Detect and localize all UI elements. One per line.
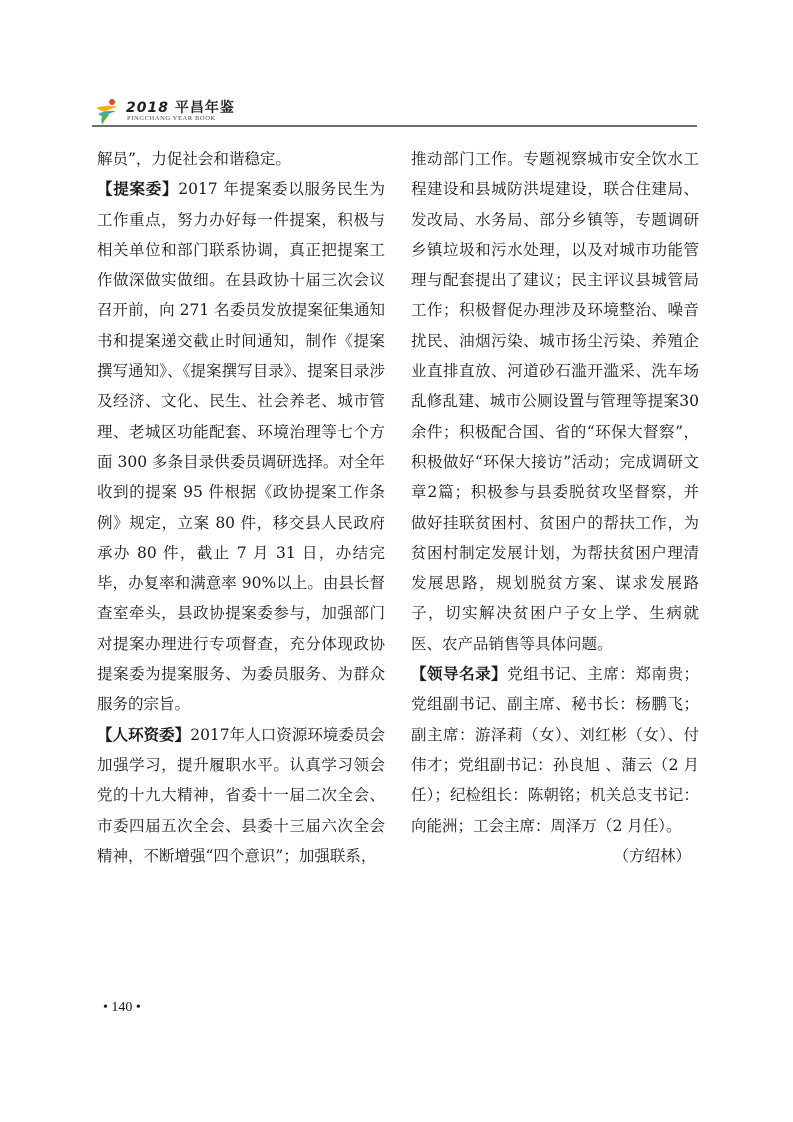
paragraph-continued: 解员”，力促社会和谐稳定。 [97, 144, 385, 174]
page-number: • 140 • [103, 1000, 141, 1016]
section-body: 2017 年提案委以服务民生为工作重点，努力办好每一件提案，积极与相关单位和部门… [97, 180, 385, 713]
paragraph-proposal-committee: 【提案委】2017 年提案委以服务民生为工作重点，努力办好每一件提案，积极与相关… [97, 174, 385, 719]
yearbook-year: 2018 [126, 100, 169, 116]
yearbook-title: 2018 平昌年鉴 [126, 97, 235, 117]
yearbook-logo-icon [92, 98, 122, 126]
paragraph-population-environment-committee: 【人环资委】2017年人口资源环境委员会加强学习，提升履职水平。认真学习领会党的… [97, 720, 385, 871]
paragraph-continued: 推动部门工作。专题视察城市安全饮水工程建设和县城防洪堤建设，联合住建局、发改局、… [411, 144, 699, 659]
page-header: 2018 平昌年鉴 PINGCHANG YEAR BOOK [92, 96, 697, 128]
paragraph-leadership-list: 【领导名录】党组书记、主席：郑南贵；党组副书记、副主席、秘书长：杨鹏飞；副主席：… [411, 659, 699, 841]
section-body: 2017年人口资源环境委员会加强学习，提升履职水平。认真学习领会党的十九大精神，… [97, 726, 385, 865]
header-divider [92, 125, 697, 127]
section-heading-population-environment: 【人环资委】 [97, 726, 190, 744]
section-body: 党组书记、主席：郑南贵；党组副书记、副主席、秘书长：杨鹏飞；副主席：游泽莉（女）… [411, 665, 699, 834]
left-column: 解员”，力促社会和谐稳定。 【提案委】2017 年提案委以服务民生为工作重点，努… [97, 144, 385, 871]
section-heading-proposal-committee: 【提案委】 [97, 180, 178, 198]
yearbook-name: 平昌年鉴 [175, 100, 235, 116]
yearbook-subtitle: PINGCHANG YEAR BOOK [127, 115, 216, 122]
right-column: 推动部门工作。专题视察城市安全饮水工程建设和县城防洪堤建设，联合住建局、发改局、… [411, 144, 699, 871]
section-heading-leadership: 【领导名录】 [411, 665, 507, 683]
author-signature: （方绍林） [411, 841, 699, 871]
